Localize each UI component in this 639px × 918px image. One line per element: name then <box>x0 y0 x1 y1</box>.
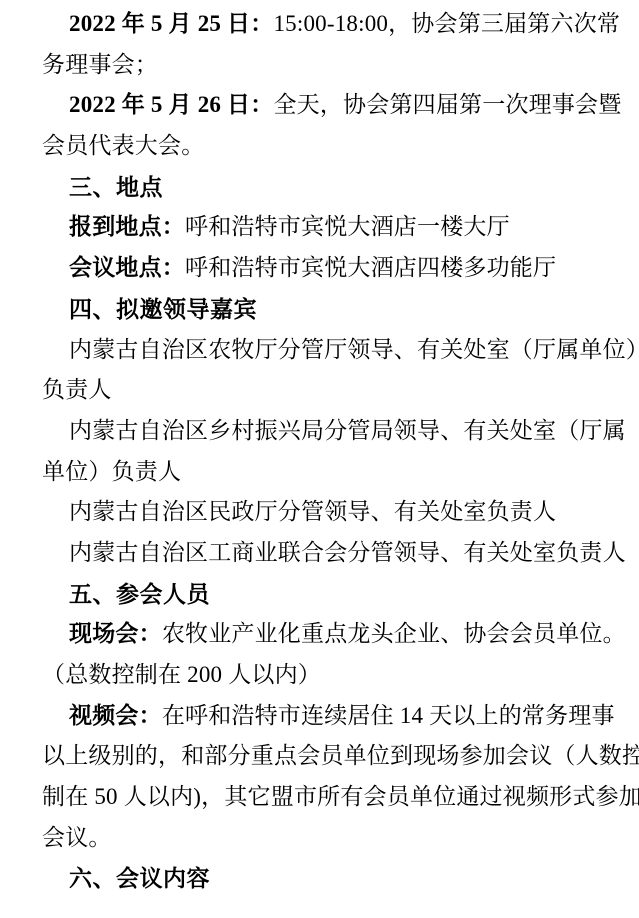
text-segment: 呼和浩特市宾悦大酒店四楼多功能厅 <box>185 255 556 280</box>
text-segment: 会议。 <box>42 825 112 850</box>
line-onsite-meeting: 现场会：农牧业产业化重点龙头企业、协会会员单位。 <box>42 614 599 655</box>
video-meeting-label: 视频会： <box>69 703 162 728</box>
text-segment: 呼和浩特市宾悦大酒店一楼大厅 <box>185 214 510 239</box>
text-segment: 单位）负责人 <box>42 459 181 484</box>
heading-section-3-location: 三、地点 <box>42 167 599 208</box>
line-checkin-location: 报到地点：呼和浩特市宾悦大酒店一楼大厅 <box>42 207 599 248</box>
heading-text: 五、参会人员 <box>69 581 210 607</box>
line-video-meeting-cont-2: 制在 50 人以内)，其它盟市所有会员单位通过视频形式参加 <box>42 777 599 818</box>
text-segment: 以上级别的，和部分重点会员单位到现场参加会议（人数控 <box>42 743 639 768</box>
text-segment: 内蒙古自治区民政厅分管领导、有关处室负责人 <box>69 499 556 524</box>
date-526-line: 2022 年 5 月 26 日：全天，协会第四届第一次理事会暨 <box>42 85 599 126</box>
heading-section-6-agenda: 六、会议内容 <box>42 858 599 899</box>
line-meeting-location: 会议地点：呼和浩特市宾悦大酒店四楼多功能厅 <box>42 248 599 289</box>
heading-section-5-participants: 五、参会人员 <box>42 574 599 615</box>
line-video-meeting-cont-3: 会议。 <box>42 818 599 859</box>
date-526-label: 2022 年 5 月 26 日： <box>69 92 273 117</box>
line-guest-rural-revitalization: 内蒙古自治区乡村振兴局分管局领导、有关处室（厅属 <box>42 411 599 452</box>
date-525-line-cont: 务理事会； <box>42 45 599 86</box>
onsite-meeting-label: 现场会： <box>69 621 162 646</box>
line-guest-agriculture-dept: 内蒙古自治区农牧厅分管厅领导、有关处室（厅属单位） <box>42 330 599 371</box>
text-segment: 制在 50 人以内)，其它盟市所有会员单位通过视频形式参加 <box>42 784 639 809</box>
text-segment: 负责人 <box>42 377 112 402</box>
line-guest-industry-commerce-federation: 内蒙古自治区工商业联合会分管领导、有关处室负责人 <box>42 533 599 574</box>
heading-text: 四、拟邀领导嘉宾 <box>69 296 257 322</box>
document-page: 2022 年 5 月 25 日：15:00-18:00，协会第三届第六次常 务理… <box>0 0 639 918</box>
heading-text: 六、会议内容 <box>69 865 210 891</box>
text-segment: 内蒙古自治区乡村振兴局分管局领导、有关处室（厅属 <box>69 418 626 443</box>
text-segment: 在呼和浩特市连续居住 14 天以上的常务理事 <box>162 703 615 728</box>
checkin-location-label: 报到地点： <box>69 214 185 239</box>
date-525-label: 2022 年 5 月 25 日： <box>69 11 273 36</box>
line-video-meeting: 视频会：在呼和浩特市连续居住 14 天以上的常务理事 <box>42 696 599 737</box>
text-segment: 全天，协会第四届第一次理事会暨 <box>273 92 621 117</box>
line-video-meeting-cont-1: 以上级别的，和部分重点会员单位到现场参加会议（人数控 <box>42 736 599 777</box>
line-onsite-meeting-cont: （总数控制在 200 人以内） <box>42 655 599 696</box>
text-segment: （总数控制在 200 人以内） <box>42 662 321 687</box>
heading-text: 三、地点 <box>69 174 163 200</box>
line-guest-agriculture-dept-cont: 负责人 <box>42 370 599 411</box>
line-guest-civil-affairs: 内蒙古自治区民政厅分管领导、有关处室负责人 <box>42 492 599 533</box>
date-526-line-cont: 会员代表大会。 <box>42 126 599 167</box>
text-segment: 农牧业产业化重点龙头企业、协会会员单位。 <box>162 621 626 646</box>
heading-section-4-invited-guests: 四、拟邀领导嘉宾 <box>42 289 599 330</box>
text-segment: 内蒙古自治区农牧厅分管厅领导、有关处室（厅属单位） <box>69 337 639 362</box>
date-525-line: 2022 年 5 月 25 日：15:00-18:00，协会第三届第六次常 <box>42 4 599 45</box>
line-guest-rural-revitalization-cont: 单位）负责人 <box>42 452 599 493</box>
text-segment: 内蒙古自治区工商业联合会分管领导、有关处室负责人 <box>69 540 626 565</box>
text-segment: 15:00-18:00，协会第三届第六次常 <box>273 11 620 36</box>
text-segment: 会员代表大会。 <box>42 133 204 158</box>
meeting-location-label: 会议地点： <box>69 255 185 280</box>
text-segment: 务理事会； <box>42 52 158 77</box>
